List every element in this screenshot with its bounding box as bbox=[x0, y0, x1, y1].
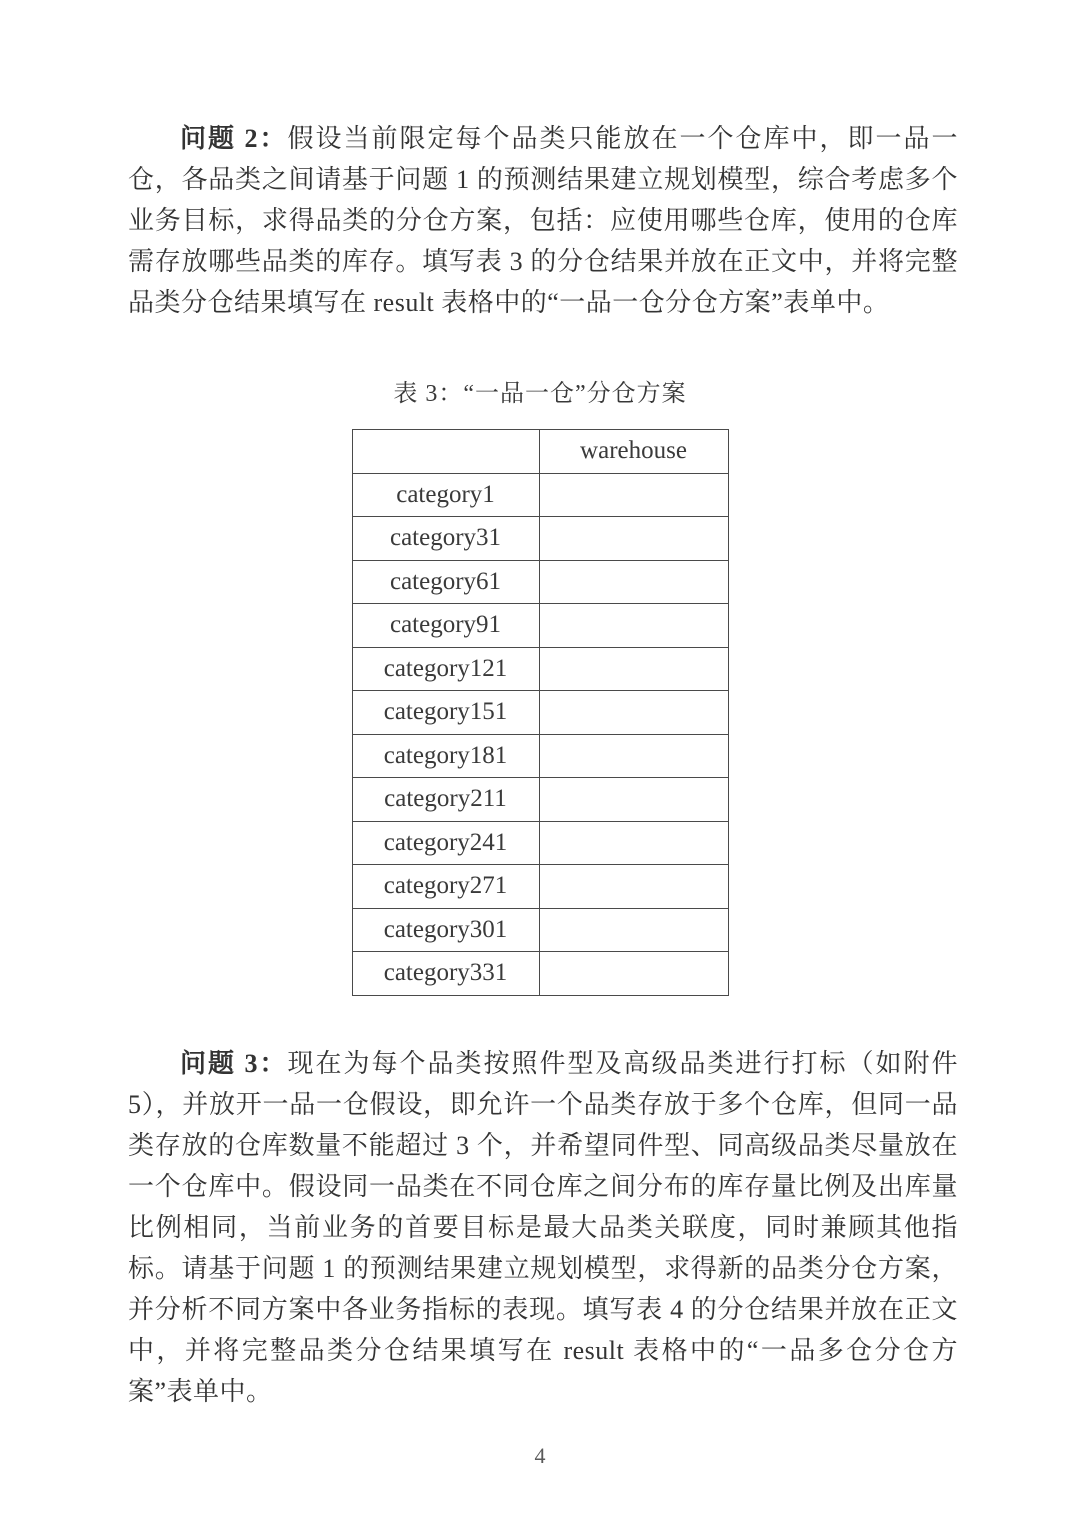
warehouse-cell bbox=[539, 560, 728, 604]
document-page: 问题 2：假设当前限定每个品类只能放在一个仓库中，即一品一仓，各品类之间请基于问… bbox=[0, 0, 1080, 1527]
table-row: category61 bbox=[352, 560, 728, 604]
warehouse-column-header: warehouse bbox=[539, 430, 728, 474]
category-cell: category181 bbox=[352, 734, 539, 778]
category-cell: category1 bbox=[352, 473, 539, 517]
category-cell: category121 bbox=[352, 647, 539, 691]
table-row: category1 bbox=[352, 473, 728, 517]
category-cell: category241 bbox=[352, 821, 539, 865]
warehouse-cell bbox=[539, 952, 728, 996]
table-row: category31 bbox=[352, 517, 728, 561]
table-row: category271 bbox=[352, 865, 728, 909]
warehouse-cell bbox=[539, 604, 728, 648]
warehouse-cell bbox=[539, 821, 728, 865]
problem-2-label: 问题 2： bbox=[180, 124, 288, 153]
table-header-row: warehouse bbox=[352, 430, 728, 474]
table-row: category331 bbox=[352, 952, 728, 996]
table-3-allocation-table: warehouse category1 category31 category6… bbox=[352, 429, 729, 996]
warehouse-cell bbox=[539, 691, 728, 735]
problem-3-label: 问题 3： bbox=[180, 1049, 288, 1078]
table-row: category181 bbox=[352, 734, 728, 778]
category-cell: category301 bbox=[352, 908, 539, 952]
warehouse-cell bbox=[539, 865, 728, 909]
page-number: 4 bbox=[0, 1443, 1080, 1469]
warehouse-cell bbox=[539, 734, 728, 778]
warehouse-cell bbox=[539, 647, 728, 691]
problem-2-paragraph: 问题 2：假设当前限定每个品类只能放在一个仓库中，即一品一仓，各品类之间请基于问… bbox=[128, 118, 958, 323]
category-cell: category331 bbox=[352, 952, 539, 996]
warehouse-cell bbox=[539, 517, 728, 561]
category-cell: category91 bbox=[352, 604, 539, 648]
category-cell: category271 bbox=[352, 865, 539, 909]
warehouse-cell bbox=[539, 778, 728, 822]
problem-3-text: 现在为每个品类按照件型及高级品类进行打标（如附件 5），并放开一品一仓假设，即允… bbox=[128, 1049, 958, 1406]
category-cell: category211 bbox=[352, 778, 539, 822]
table-row: category211 bbox=[352, 778, 728, 822]
table-row: category241 bbox=[352, 821, 728, 865]
category-column-header bbox=[352, 430, 539, 474]
table-row: category301 bbox=[352, 908, 728, 952]
table-row: category151 bbox=[352, 691, 728, 735]
warehouse-cell bbox=[539, 473, 728, 517]
warehouse-cell bbox=[539, 908, 728, 952]
problem-3-paragraph: 问题 3：现在为每个品类按照件型及高级品类进行打标（如附件 5），并放开一品一仓… bbox=[128, 1043, 958, 1412]
category-cell: category61 bbox=[352, 560, 539, 604]
table-3-caption: 表 3：“一品一仓”分仓方案 bbox=[0, 373, 1080, 408]
category-cell: category151 bbox=[352, 691, 539, 735]
table-row: category91 bbox=[352, 604, 728, 648]
category-cell: category31 bbox=[352, 517, 539, 561]
table-row: category121 bbox=[352, 647, 728, 691]
